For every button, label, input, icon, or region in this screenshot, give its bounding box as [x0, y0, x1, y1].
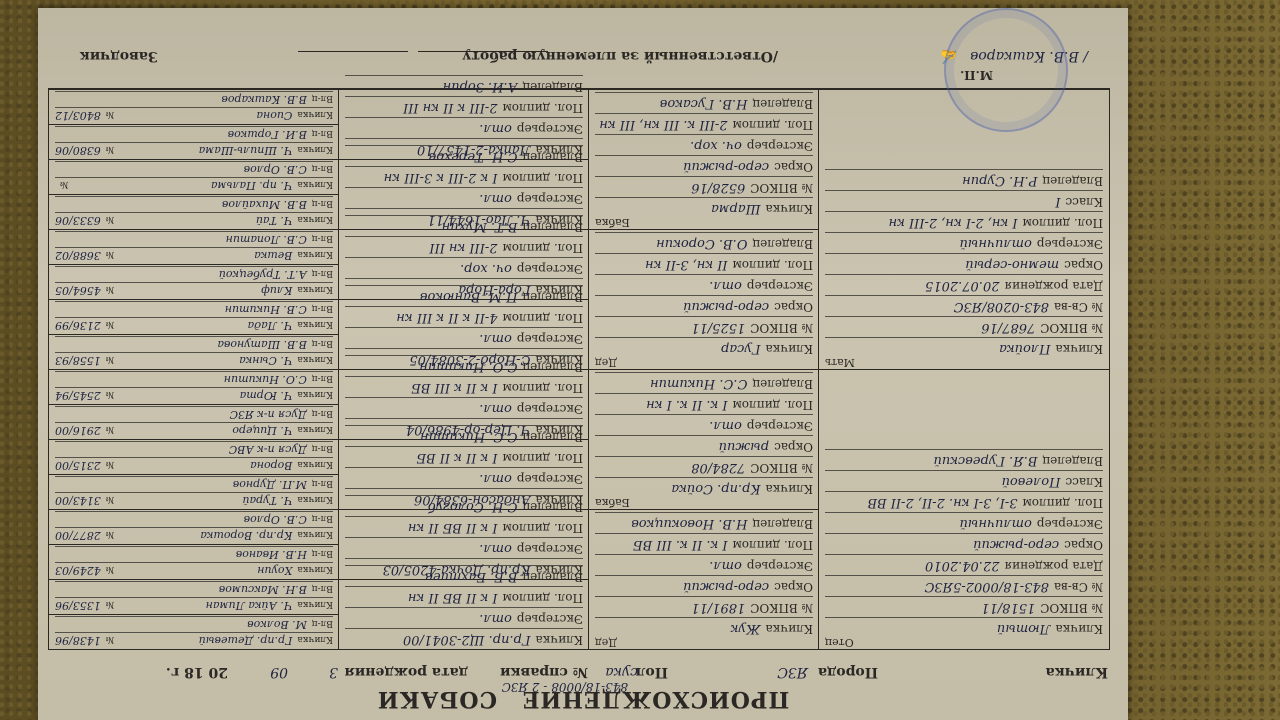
name-label: Кличка — [536, 563, 584, 577]
ggg-name-row: Кличка Гр.пр. Дешевый № 1438/96 — [55, 632, 333, 647]
no-value: 2136/99 — [55, 319, 101, 332]
name-value: Ч. Цицеро — [232, 424, 292, 437]
ggg-cell: Кличка Хоуин № 4249/03 Вл-ц Н.В. Иванов — [49, 544, 339, 579]
owner-label: Владелец — [1042, 454, 1103, 468]
owner-label: Вл-ц — [312, 548, 333, 558]
owner-value: М. Волков — [247, 618, 307, 631]
diplomas-label: Пол. диплом — [502, 591, 583, 605]
ggg-name-row: Кличка Ч. Юрта № 2545/94 — [55, 387, 333, 402]
name-value: Ворона — [250, 459, 292, 472]
no-label: № — [106, 389, 115, 399]
great-grandparent-cell: Кличка Ч. Цер-ор-4986/04 Экстерьер отл. … — [339, 369, 589, 439]
pedigree-document: ПРОИСХОЖДЕНИЕ СОБАКИ Кличка Порода ЯЗС П… — [38, 8, 1128, 720]
exterior-row: Экстерьер отл. — [345, 187, 583, 206]
ggg-name-row: Кличка Ч. Турай № 3143/00 — [55, 492, 333, 507]
color-label: Окрас — [774, 580, 813, 594]
exterior-value: отл. — [709, 278, 742, 293]
exterior-value: оч. хор. — [460, 261, 512, 276]
ggg-cell: Кличка Ворона № 2315/00 Вл-ц Дуся п-к АВ… — [49, 439, 339, 474]
ggg-cell: Кличка Ч. Юрта № 2545/94 Вл-ц С.О. Никит… — [49, 369, 339, 404]
exterior-value: отл. — [479, 401, 512, 416]
no-value: 1558/93 — [55, 354, 101, 367]
no-label: № — [60, 179, 69, 189]
owner-label: Вл-ц — [312, 233, 333, 243]
diplomas-row: Пол. диплом 2-III к. III кн, III кн — [595, 113, 813, 132]
diplomas-label: Пол. диплом — [732, 398, 813, 412]
color-label: Окрас — [774, 440, 813, 454]
dob-label: дата рождения — [345, 664, 469, 680]
role-label: Бабка — [595, 216, 813, 229]
vkkos-value: 1518/11 — [981, 600, 1035, 615]
name-value: Гр.пр. Щ2-3041/00 — [403, 632, 531, 647]
exterior-label: Экстерьер — [517, 192, 583, 206]
great-grandparent-cell: Кличка С-Норд-2-3084/05 Экстерьер отл. П… — [339, 299, 589, 369]
name-value: Лютый — [997, 621, 1051, 636]
name-row: Кличка Кр.пр. Дочка-4205/03 — [345, 558, 583, 577]
exterior-label: Экстерьер — [747, 139, 813, 153]
owner-value: Н.В. Новокицков — [631, 516, 747, 531]
owner-label: Вл-ц — [312, 93, 333, 103]
exterior-row: Экстерьер отл. — [345, 537, 583, 556]
owner-label: Вл-ц — [312, 478, 333, 488]
exterior-label: Экстерьер — [517, 612, 583, 626]
ggg-name-row: Кличка Кр.пр. Ворошка № 2877/00 — [55, 527, 333, 542]
diplomas-value: I к 2-III к 3-III кн — [384, 170, 498, 185]
great-great-grandparents-column: Кличка Гр.пр. Дешевый № 1438/96 Вл-ц М. … — [49, 89, 339, 649]
class-value: I — [1055, 194, 1060, 209]
name-value: Кр.пр. Сойка — [671, 481, 760, 496]
owner-value: С.В. Лопатин — [226, 233, 307, 246]
owner-value: С.В. Орлов — [244, 513, 307, 526]
color-value: серо-рыжий — [683, 299, 769, 314]
birth-date-row: Дата рождения 22.04.2010 — [825, 554, 1103, 573]
no-value: 6380/06 — [55, 144, 101, 157]
diplomas-label: Пол. диплом — [502, 451, 583, 465]
name-row: Кличка Шарма — [595, 197, 813, 216]
diplomas-value: 3-I, 3-I кн. 2-II, 2-II ВВ — [868, 495, 1018, 510]
ggg-cell: Кличка Ч. Цицеро № 2916/00 Вл-ц Дуся п-к… — [49, 404, 339, 439]
exterior-row: Экстерьер отл. — [345, 117, 583, 136]
color-value: серо-рыжий — [973, 537, 1059, 552]
diplomas-value: 2-III к. III кн, III кн — [599, 117, 727, 132]
vkkos-value: 1525/11 — [691, 320, 745, 335]
owner-row: Вл-ц Дуся п-к ЯЗС — [55, 406, 333, 421]
no-value: 8403/12 — [55, 109, 101, 122]
owner-label: Вл-ц — [312, 443, 333, 453]
class-row: Класс Полевой — [825, 470, 1103, 489]
role-label: Мать — [825, 356, 1103, 369]
no-label: № — [106, 424, 115, 434]
owner-value: М.П. Дурнов — [233, 478, 307, 491]
name-label: Кличка — [297, 389, 333, 399]
name-value: Хоуин — [257, 564, 292, 577]
class-label: Класс — [1065, 195, 1103, 209]
owner-value: С.С. Никитин — [650, 376, 747, 391]
cert-value: 843-18/0008 - 2 ЯЗС — [502, 680, 628, 694]
name-row: Кличка Гр.пр. Щ2-3041/00 — [345, 628, 583, 647]
exterior-row: Экстерьер отл. — [595, 274, 813, 293]
name-value: Вешка — [254, 249, 292, 262]
vkkos-row: № ВПКОС 7687/16 — [825, 316, 1103, 335]
great-grandparent-cell: Кличка Лапка-2-1457/10 Экстерьер отл. По… — [339, 89, 589, 159]
exterior-value: отл. — [479, 191, 512, 206]
owner-row: Владелец С.С. Никитин — [595, 372, 813, 391]
name-value: Лапка-2-1457/10 — [417, 142, 531, 157]
name-value: Ч. Юрта — [240, 389, 293, 402]
exterior-row: Экстерьер отл. — [345, 607, 583, 626]
name-value: С-Норд-2-3084/05 — [409, 352, 530, 367]
no-label: № — [106, 249, 115, 259]
no-label: № — [106, 564, 115, 574]
ggg-cell: Кличка Ч. Тай № 6333/06 Вл-ц В.В. Михайл… — [49, 194, 339, 229]
diplomas-row: Пол. диплом 2-III к II кн III — [345, 96, 583, 115]
name-label: Кличка — [297, 459, 333, 469]
name-label: Кличка — [536, 633, 584, 647]
diplomas-row: Пол. диплом I к. II к. III ВБ — [595, 533, 813, 552]
great-grandparent-cell: Кличка Андасон-6384/06 Экстерьер отл. По… — [339, 439, 589, 509]
exterior-row: Экстерьер отл. — [345, 397, 583, 416]
name-label: Кличка — [297, 424, 333, 434]
diplomas-value: I к II к III ВБ — [411, 380, 497, 395]
name-row: Кличка С-Норд-2-3084/05 — [345, 348, 583, 367]
ggg-cell: Кличка Гр.пр. Дешевый № 1438/96 Вл-ц М. … — [49, 614, 339, 649]
name-label: Кличка — [297, 144, 333, 154]
owner-row: Вл-ц В.В. Михайлов — [55, 196, 333, 211]
dob-day: 3 — [329, 664, 338, 680]
vkkos-value: 7284/08 — [691, 460, 745, 475]
diplomas-value: 2-III к II кн III — [403, 100, 497, 115]
class-row: Класс I — [825, 190, 1103, 209]
exterior-label: Экстерьер — [517, 472, 583, 486]
owner-value: О.В. Сорокин — [656, 236, 747, 251]
owner-value: Р.Н. Сурин — [962, 173, 1037, 188]
owner-row: Вл-ц В.И. Горшков — [55, 126, 333, 141]
diplomas-row: Пол. диплом I к II ВБ II кн — [345, 586, 583, 605]
ggg-cell: Кличка Кр.пр. Ворошка № 2877/00 Вл-ц С.В… — [49, 509, 339, 544]
no-label: № — [106, 634, 115, 644]
color-value: серо-рыжий — [683, 159, 769, 174]
exterior-label: Экстерьер — [517, 402, 583, 416]
owner-value: С.В. Орлов — [244, 163, 307, 176]
diplomas-label: Пол. диплом — [1022, 216, 1103, 230]
ggg-cell: Кличка Ч. Сынка № 1558/93 Вл-ц В.В. Шату… — [49, 334, 339, 369]
no-label: № — [106, 284, 115, 294]
ggg-name-row: Кличка Ч. Лада № 2136/99 — [55, 317, 333, 332]
name-row: Кличка Лапка-2-1457/10 — [345, 138, 583, 157]
role-label: Дед — [595, 636, 813, 649]
color-row: Окрас темно-серый — [825, 253, 1103, 272]
no-value: 4564/05 — [55, 284, 101, 297]
sex-label: Пол — [636, 664, 668, 680]
exterior-value: отл. — [479, 541, 512, 556]
diplomas-row: Пол. диплом I кн, 2-I кн, 2-III кн — [825, 211, 1103, 230]
color-value: серо-рыжий — [683, 579, 769, 594]
cert-label: № справки — [500, 664, 588, 680]
color-label: Окрас — [774, 160, 813, 174]
owner-row: Владелец В.Я. Гуревский — [825, 449, 1103, 468]
diplomas-row: Пол. диплом 4-II к II к III кн — [345, 306, 583, 325]
ggg-cell: Кличка Ч. Турай № 3143/00 Вл-ц М.П. Дурн… — [49, 474, 339, 509]
vkkos-label: № ВПКОС — [750, 461, 813, 475]
ggg-cell: Кличка Вешка № 3688/02 Вл-ц С.В. Лопатин — [49, 229, 339, 264]
name-value: Ч. пр. Пальма — [211, 179, 292, 192]
great-grandparent-cell: Кличка Ч. Лао-1644/11 Экстерьер отл. Пол… — [339, 159, 589, 229]
name-value: Шарма — [711, 201, 760, 216]
ggg-name-row: Кличка Клиф № 4564/05 — [55, 282, 333, 297]
title-word-2: СОБАКИ — [377, 686, 497, 712]
color-row: Окрас серо-рыжий — [595, 155, 813, 174]
owner-value: В.Н. Максимов — [219, 583, 307, 596]
owner-label: Вл-ц — [312, 583, 333, 593]
name-row: Кличка Лютый — [825, 617, 1103, 636]
certificate-label: № Св-ва — [1054, 300, 1103, 314]
diplomas-value: I к II ВБ II кн — [408, 590, 498, 605]
name-label: Кличка — [297, 354, 333, 364]
owner-label: Владелец — [752, 97, 813, 111]
owner-value: Дуся п-к АВС — [229, 443, 307, 456]
owner-row: Вл-ц С.О. Никитин — [55, 371, 333, 386]
ggg-name-row: Кличка Ч. Шпиль-Шама № 6380/06 — [55, 142, 333, 157]
diplomas-label: Пол. диплом — [502, 241, 583, 255]
diplomas-value: 2-III кн III — [429, 240, 497, 255]
exterior-value: отл. — [709, 558, 742, 573]
color-row: Окрас серо-рыжий — [825, 533, 1103, 552]
owner-label: Владелец — [752, 237, 813, 251]
father-cell: Отец Кличка Лютый № ВПКОС 1518/11 № Св-в… — [819, 369, 1109, 649]
color-value: темно-серый — [965, 257, 1059, 272]
no-value: 3143/00 — [55, 494, 101, 507]
exterior-label: Экстерьер — [1037, 237, 1103, 251]
sex-value: сука — [605, 664, 638, 680]
no-label: № — [106, 494, 115, 504]
owner-label: Владелец — [522, 80, 583, 94]
color-label: Окрас — [1064, 258, 1103, 272]
no-label: № — [106, 599, 115, 609]
vkkos-label: № ВПКОС — [750, 321, 813, 335]
ggg-name-row: Кличка Ч. Сынка № 1558/93 — [55, 352, 333, 367]
owner-row: Владелец Р.Н. Сурин — [825, 169, 1103, 188]
no-value: 2916/00 — [55, 424, 101, 437]
no-value: 1438/96 — [55, 634, 101, 647]
owner-row: Вл-ц С.В. Никитин — [55, 301, 333, 316]
diplomas-value: II кн, 3-II кн — [645, 257, 727, 272]
name-label: Кличка — [297, 529, 333, 539]
pedigree-paper: ПРОИСХОЖДЕНИЕ СОБАКИ Кличка Порода ЯЗС П… — [38, 8, 1128, 720]
name-label: Кличка — [297, 599, 333, 609]
owner-value: С.О. Никитин — [224, 373, 307, 386]
seal-stamp-icon — [944, 8, 1068, 132]
no-label: № — [106, 529, 115, 539]
name-value: Ч. Турай — [242, 494, 292, 507]
class-value: Полевой — [1002, 474, 1061, 489]
diplomas-value: I к II к II ВБ — [417, 450, 498, 465]
name-row: Кличка Ч. Цер-ор-4986/04 — [345, 418, 583, 437]
no-label: № — [106, 319, 115, 329]
name-label: Кличка — [536, 283, 584, 297]
exterior-row: Экстерьер отл. — [345, 467, 583, 486]
owner-label: Владелец — [752, 377, 813, 391]
diplomas-row: Пол. диплом I к 2-III к 3-III кн — [345, 166, 583, 185]
owner-value: С.В. Никитин — [225, 303, 307, 316]
color-row: Окрас рыжий — [595, 435, 813, 454]
owner-row: Владелец Н.В. Новокицков — [595, 512, 813, 531]
certificate-value: 843-18/0002-5ЯЗС — [925, 579, 1049, 594]
name-label: Кличка — [536, 213, 584, 227]
birth-date-label: Дата рождения — [1004, 279, 1103, 293]
birth-date-value: 22.04.2010 — [925, 558, 999, 573]
exterior-label: Экстерьер — [1037, 517, 1103, 531]
breed-label: Порода — [818, 664, 878, 680]
exterior-row: Экстерьер отл. — [595, 414, 813, 433]
name-label: Кличка — [1056, 622, 1104, 636]
name-value: Ч. Лада — [248, 319, 293, 332]
vkkos-row: № ВПКОС 1518/11 — [825, 596, 1103, 615]
ggg-name-row: Кличка Ч. Цицеро № 2916/00 — [55, 422, 333, 437]
vkkos-value: 6528/16 — [691, 180, 745, 195]
vkkos-value: 1891/11 — [691, 600, 745, 615]
exterior-row: Экстерьер оч. хор. — [345, 257, 583, 276]
owner-label: Вл-ц — [312, 338, 333, 348]
no-value: 2315/00 — [55, 459, 101, 472]
grandparent-cell: Бабка Кличка Кр.пр. Сойка № ВПКОС 7284/0… — [589, 369, 819, 509]
name-value: Жук — [731, 621, 761, 636]
birth-date-value: 20.07.2015 — [925, 278, 999, 293]
vkkos-label: № ВПКОС — [750, 181, 813, 195]
color-value: рыжий — [719, 439, 769, 454]
exterior-label: Экстерьер — [747, 559, 813, 573]
name-value: Клиф — [261, 284, 292, 297]
dog-name-label: Кличка — [1046, 664, 1108, 680]
name-value: Сиона — [256, 109, 292, 122]
name-value: Ч. Цер-ор-4986/04 — [406, 422, 531, 437]
name-row: Кличка Андасон-6384/06 — [345, 488, 583, 507]
grandparent-cell: Дед Кличка Жук № ВПКОС 1891/11 Окрас сер… — [589, 509, 819, 649]
ggg-cell: Кличка Ч. пр. Пальма № Вл-ц С.В. Орлов — [49, 159, 339, 194]
name-label: Кличка — [766, 622, 814, 636]
name-label: Кличка — [536, 143, 584, 157]
owner-row: Вл-ц В.В. Шатунова — [55, 336, 333, 351]
footer: Заводчик /Ответственный за племенную раб… — [58, 32, 1108, 72]
no-value: 6333/06 — [55, 214, 101, 227]
diplomas-row: Пол. диплом 3-I, 3-I кн. 2-II, 2-II ВВ — [825, 491, 1103, 510]
owner-label: Вл-ц — [312, 408, 333, 418]
owner-row: Вл-ц М.П. Дурнов — [55, 476, 333, 491]
name-label: Кличка — [766, 202, 814, 216]
name-row: Кличка Кр.пр. Сойка — [595, 477, 813, 496]
name-label: Кличка — [536, 353, 584, 367]
name-row: Кличка Ч. Лао-1644/11 — [345, 208, 583, 227]
name-label: Кличка — [766, 482, 814, 496]
pedigree-table: Отец Кличка Лютый № ВПКОС 1518/11 № Св-в… — [48, 88, 1110, 650]
vkkos-label: № ВПКОС — [1040, 601, 1103, 615]
owner-row: Вл-ц А.Т. Трубецкой — [55, 266, 333, 281]
owner-row: Вл-ц Дуся п-к АВС — [55, 441, 333, 456]
role-label: Дед — [595, 356, 813, 369]
name-label: Кличка — [297, 319, 333, 329]
certificate-row: № Св-ва 843-0208/ЯЗС — [825, 295, 1103, 314]
name-label: Кличка — [536, 423, 584, 437]
exterior-row: Экстерьер отл. — [345, 327, 583, 346]
exterior-row: Экстерьер оч. хор. — [595, 134, 813, 153]
diplomas-label: Пол. диплом — [502, 101, 583, 115]
vkkos-label: № ВПКОС — [1040, 321, 1103, 335]
diplomas-value: I к. II к. I кн — [646, 397, 727, 412]
color-row: Окрас серо-рыжий — [595, 295, 813, 314]
name-label: Кличка — [297, 249, 333, 259]
role-label: Бабка — [595, 496, 813, 509]
ggg-name-row: Кличка Сиона № 8403/12 — [55, 107, 333, 122]
owner-label: Владелец — [752, 517, 813, 531]
name-row: Кличка Гора-Нора — [345, 278, 583, 297]
certificate-row: № Св-ва 843-18/0002-5ЯЗС — [825, 575, 1103, 594]
name-value: Гора-Нора — [458, 282, 530, 297]
name-label: Кличка — [297, 284, 333, 294]
name-label: Кличка — [297, 564, 333, 574]
ggg-cell: Кличка Сиона № 8403/12 Вл-ц В.В. Кашкаро… — [49, 89, 339, 124]
breeder-signature-line — [298, 51, 408, 52]
owner-row: Вл-ц М. Волков — [55, 616, 333, 631]
owner-label: Вл-ц — [312, 163, 333, 173]
name-label: Кличка — [297, 494, 333, 504]
name-value: Андасон-6384/06 — [414, 492, 530, 507]
ggg-name-row: Кличка Ч. Айка Лиман № 1353/96 — [55, 597, 333, 612]
grandparents-column: Дед Кличка Жук № ВПКОС 1891/11 Окрас сер… — [588, 89, 819, 649]
owner-label: Вл-ц — [312, 128, 333, 138]
grandparent-cell: Бабка Кличка Шарма № ВПКОС 6528/16 Окрас… — [589, 89, 819, 229]
exterior-value: отл. — [479, 331, 512, 346]
vkkos-label: № ВПКОС — [750, 601, 813, 615]
owner-label: Владелец — [1042, 174, 1103, 188]
owner-value: В.В. Михайлов — [222, 198, 307, 211]
owner-row: Владелец А.И. Зорин — [345, 75, 583, 94]
ggg-cell: Кличка Клиф № 4564/05 Вл-ц А.Т. Трубецко… — [49, 264, 339, 299]
ggg-name-row: Кличка Вешка № 3688/02 — [55, 247, 333, 262]
owner-value: В.В. Шатунова — [217, 338, 306, 351]
certificate-value: 843-0208/ЯЗС — [954, 299, 1049, 314]
diplomas-row: Пол. диплом II кн, 3-II кн — [595, 253, 813, 272]
parents-column: Отец Кличка Лютый № ВПКОС 1518/11 № Св-в… — [818, 89, 1109, 649]
header-row: Кличка Порода ЯЗС Пол сука № справки 843… — [68, 658, 1108, 680]
diplomas-label: Пол. диплом — [732, 258, 813, 272]
diplomas-row: Пол. диплом I к II к II ВБ — [345, 446, 583, 465]
name-row: Кличка Гусар — [595, 337, 813, 356]
name-value: Ч. Айка Лиман — [206, 599, 293, 612]
name-row: Кличка Жук — [595, 617, 813, 636]
owner-label: Вл-ц — [312, 198, 333, 208]
diplomas-value: 4-II к II к III кн — [396, 310, 497, 325]
class-label: Класс — [1065, 475, 1103, 489]
owner-value: Н.В. Иванов — [236, 548, 307, 561]
owner-value: В.Я. Гуревский — [934, 453, 1038, 468]
owner-row: Вл-ц С.В. Лопатин — [55, 231, 333, 246]
birth-date-label: Дата рождения — [1004, 559, 1103, 573]
exterior-value: отл. — [479, 611, 512, 626]
diplomas-label: Пол. диплом — [1022, 496, 1103, 510]
exterior-row: Экстерьер отличный — [825, 512, 1103, 531]
no-value: 1353/96 — [55, 599, 101, 612]
exterior-label: Экстерьер — [517, 262, 583, 276]
exterior-label: Экстерьер — [517, 542, 583, 556]
diplomas-label: Пол. диплом — [502, 311, 583, 325]
exterior-label: Экстерьер — [517, 122, 583, 136]
name-label: Кличка — [297, 214, 333, 224]
vkkos-row: № ВПКОС 6528/16 — [595, 176, 813, 195]
name-label: Кличка — [297, 634, 333, 644]
breed-value: ЯЗС — [777, 664, 808, 680]
ggg-cell: Кличка Ч. Лада № 2136/99 Вл-ц С.В. Никит… — [49, 299, 339, 334]
owner-row: Вл-ц С.В. Орлов — [55, 511, 333, 526]
diplomas-label: Пол. диплом — [732, 118, 813, 132]
